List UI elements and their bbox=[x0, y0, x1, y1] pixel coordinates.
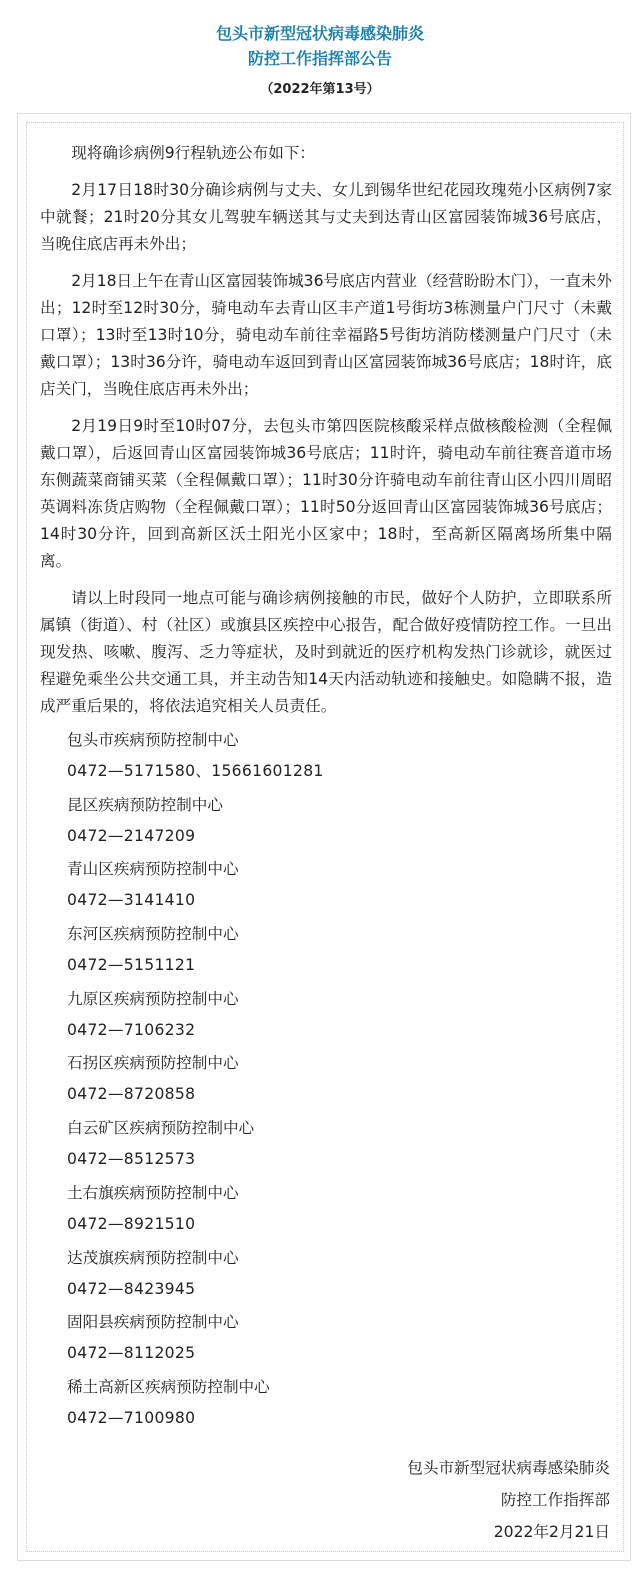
contact-phone: 0472—8112025 bbox=[67, 1340, 324, 1367]
itinerary-feb19: 2月19日9时至10时07分，去包头市第四医院核酸采样点做核酸检测（全程佩戴口罩… bbox=[40, 413, 612, 575]
announcement-body: 现将确诊病例9行程轨迹公布如下： 2月17日18时30分确诊病例与丈夫、女儿到锡… bbox=[40, 140, 612, 730]
page-title-line-2: 防控工作指挥部公告 bbox=[0, 47, 640, 71]
signature-org-line-1: 包头市新型冠状病毒感染肺炎 bbox=[407, 1455, 610, 1487]
contact-item: 东河区疾病预防控制中心 0472—5151121 bbox=[67, 921, 324, 986]
contact-item: 土右旗疾病预防控制中心 0472—8921510 bbox=[67, 1180, 324, 1245]
contact-phone: 0472—5171580、15661601281 bbox=[67, 758, 324, 785]
contact-name: 石拐区疾病预防控制中心 bbox=[67, 1050, 324, 1077]
itinerary-feb17: 2月17日18时30分确诊病例与丈夫、女儿到锡华世纪花园玫瑰苑小区病例7家中就餐… bbox=[40, 177, 612, 258]
contact-item: 九原区疾病预防控制中心 0472—7106232 bbox=[67, 986, 324, 1051]
contact-name: 土右旗疾病预防控制中心 bbox=[67, 1180, 324, 1207]
intro-paragraph: 现将确诊病例9行程轨迹公布如下： bbox=[40, 140, 612, 167]
contact-phone: 0472—2147209 bbox=[67, 823, 324, 850]
contact-phone: 0472—3141410 bbox=[67, 887, 324, 914]
document-number: （2022年第13号） bbox=[0, 80, 640, 100]
contact-phone: 0472—8720858 bbox=[67, 1081, 324, 1108]
contact-item: 稀土高新区疾病预防控制中心 0472—7100980 bbox=[67, 1374, 324, 1439]
contact-item: 昆区疾病预防控制中心 0472—2147209 bbox=[67, 792, 324, 857]
signature-org-line-2: 防控工作指挥部 bbox=[407, 1487, 610, 1519]
contact-phone: 0472—8423945 bbox=[67, 1276, 324, 1303]
contact-name: 东河区疾病预防控制中心 bbox=[67, 921, 324, 948]
contact-phone: 0472—7106232 bbox=[67, 1017, 324, 1044]
contact-name: 昆区疾病预防控制中心 bbox=[67, 792, 324, 819]
contact-item: 包头市疾病预防控制中心 0472—5171580、15661601281 bbox=[67, 727, 324, 792]
contact-name: 稀土高新区疾病预防控制中心 bbox=[67, 1374, 324, 1401]
signature-block: 包头市新型冠状病毒感染肺炎 防控工作指挥部 2022年2月21日 bbox=[407, 1455, 610, 1551]
contact-item: 青山区疾病预防控制中心 0472—3141410 bbox=[67, 856, 324, 921]
contact-name: 包头市疾病预防控制中心 bbox=[67, 727, 324, 754]
contact-name: 固阳县疾病预防控制中心 bbox=[67, 1309, 324, 1336]
contact-name: 白云矿区疾病预防控制中心 bbox=[67, 1115, 324, 1142]
contact-item: 达茂旗疾病预防控制中心 0472—8423945 bbox=[67, 1245, 324, 1310]
contact-name: 九原区疾病预防控制中心 bbox=[67, 986, 324, 1013]
contact-phone: 0472—8921510 bbox=[67, 1211, 324, 1238]
contact-phone: 0472—7100980 bbox=[67, 1405, 324, 1432]
contact-phone: 0472—5151121 bbox=[67, 952, 324, 979]
itinerary-feb18: 2月18日上午在青山区富园装饰城36号底店内营业（经营盼盼木门），一直未外出；1… bbox=[40, 268, 612, 403]
public-notice-paragraph: 请以上时段同一地点可能与确诊病例接触的市民，做好个人防护，立即联系所属镇（街道）… bbox=[40, 585, 612, 720]
signature-date: 2022年2月21日 bbox=[407, 1519, 610, 1551]
contact-name: 达茂旗疾病预防控制中心 bbox=[67, 1245, 324, 1272]
contact-item: 白云矿区疾病预防控制中心 0472—8512573 bbox=[67, 1115, 324, 1180]
cdc-contact-list: 包头市疾病预防控制中心 0472—5171580、15661601281 昆区疾… bbox=[67, 727, 324, 1439]
page-title-line-1: 包头市新型冠状病毒感染肺炎 bbox=[0, 22, 640, 46]
contact-phone: 0472—8512573 bbox=[67, 1146, 324, 1173]
contact-item: 固阳县疾病预防控制中心 0472—8112025 bbox=[67, 1309, 324, 1374]
contact-item: 石拐区疾病预防控制中心 0472—8720858 bbox=[67, 1050, 324, 1115]
contact-name: 青山区疾病预防控制中心 bbox=[67, 856, 324, 883]
